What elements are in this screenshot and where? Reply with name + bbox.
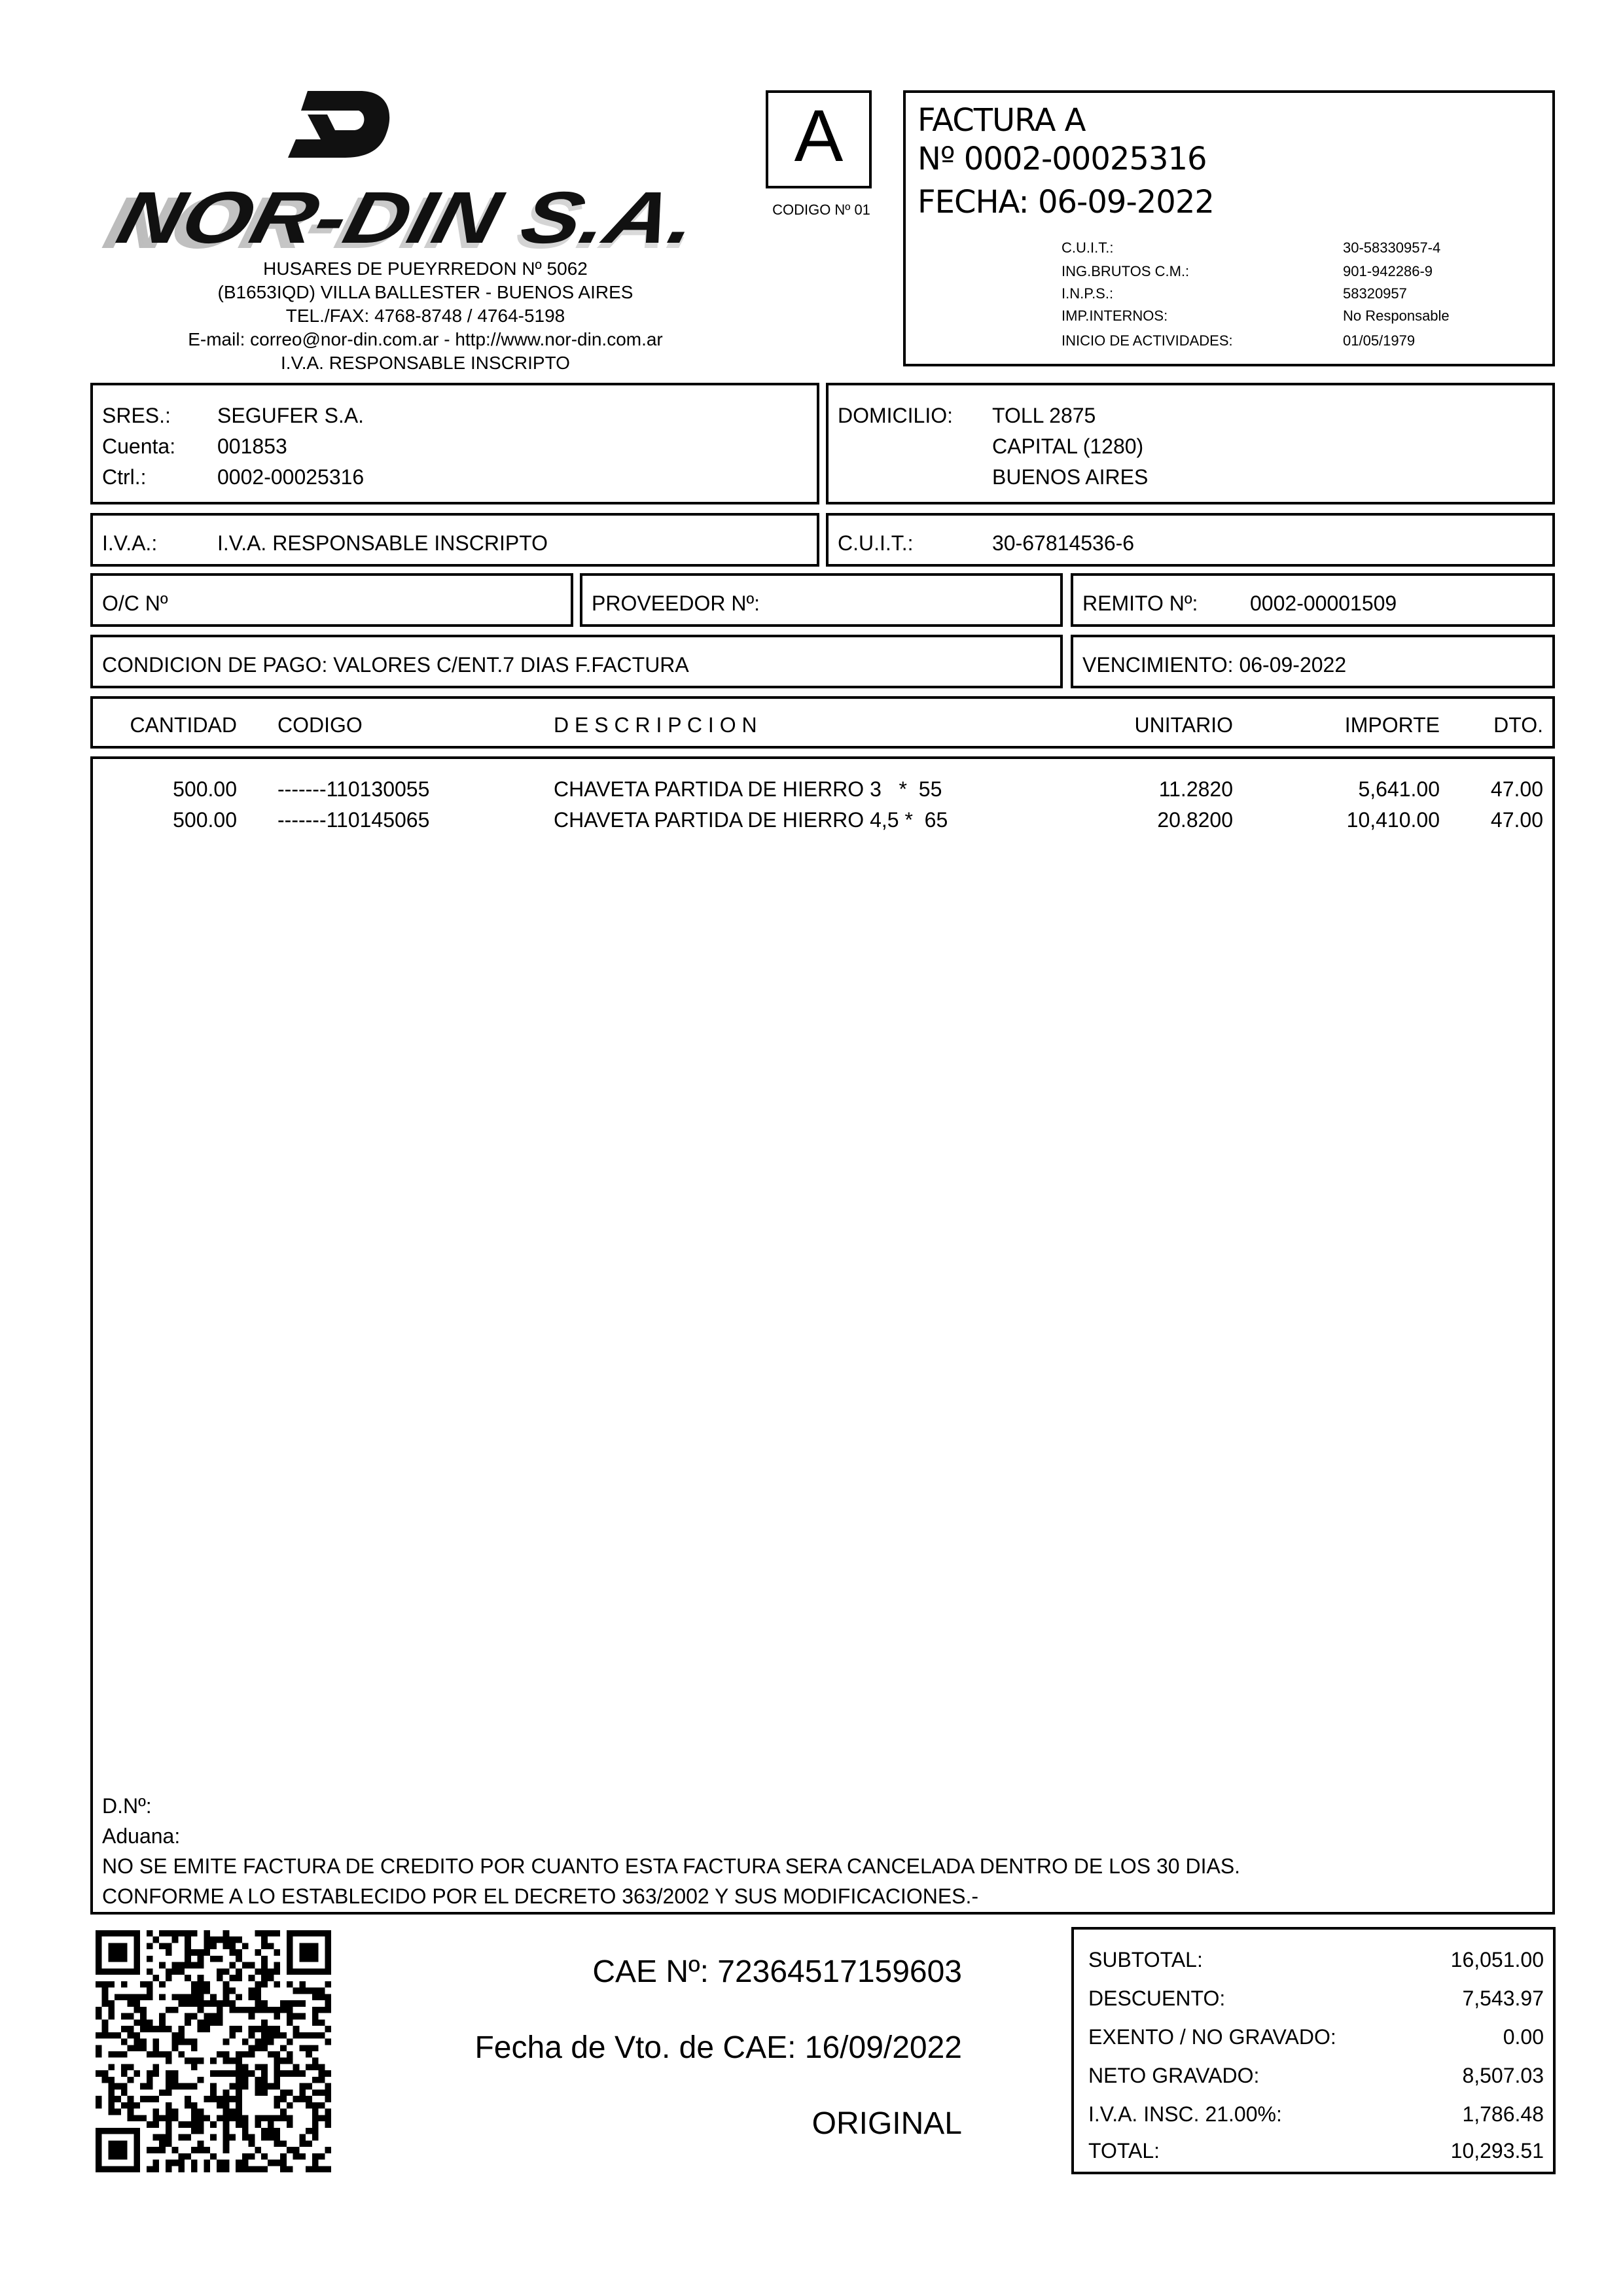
iva-value: I.V.A. RESPONSABLE INSCRIPTO	[217, 533, 548, 554]
dn-label: D.Nº:	[102, 1795, 152, 1816]
domicilio-line: BUENOS AIRES	[992, 467, 1148, 487]
proveedor-label: PROVEEDOR Nº:	[592, 593, 760, 614]
customer-box: SRES.: SEGUFER S.A. Cuenta: 001853 Ctrl.…	[90, 383, 819, 504]
address-line: HUSARES DE PUEYRREDON Nº 5062	[98, 257, 753, 281]
oc-label: O/C Nº	[102, 593, 168, 614]
subtotal-value: 16,051.00	[1451, 1949, 1544, 1970]
codigo-label: CODIGO Nº 01	[766, 203, 877, 217]
totals-box: SUBTOTAL: 16,051.00 DESCUENTO: 7,543.97 …	[1071, 1927, 1556, 2174]
cell-unitario: 11.2820	[1159, 779, 1233, 800]
condicion-pago: CONDICION DE PAGO: VALORES C/ENT.7 DIAS …	[102, 654, 689, 675]
invoice-letter: A	[768, 99, 869, 173]
cell-codigo: -------110130055	[277, 779, 429, 800]
vencimiento-box: VENCIMIENTO: 06-09-2022	[1071, 635, 1555, 688]
fiscal-label: ING.BRUTOS C.M.:	[1061, 264, 1189, 279]
fiscal-label: INICIO DE ACTIVIDADES:	[1061, 334, 1233, 348]
cell-cantidad: 500.00	[173, 779, 237, 800]
items-table-header: CANTIDAD CODIGO D E S C R I P C I O N UN…	[90, 696, 1555, 749]
domicilio-label: DOMICILIO:	[838, 405, 953, 426]
remito-box: REMITO Nº: 0002-00001509	[1071, 573, 1555, 627]
invoice-date: FECHA: 06-09-2022	[918, 186, 1214, 218]
cuit-value: 30-67814536-6	[992, 533, 1134, 554]
cuenta-value: 001853	[217, 436, 287, 457]
fiscal-value: 30-58330957-4	[1343, 241, 1440, 255]
descuento-value: 7,543.97	[1462, 1988, 1544, 2009]
fiscal-value: 901-942286-9	[1343, 264, 1433, 279]
legal-note-2: CONFORME A LO ESTABLECIDO POR EL DECRETO…	[102, 1886, 978, 1907]
total-label: TOTAL:	[1088, 2140, 1160, 2161]
fiscal-value: No Responsable	[1343, 309, 1450, 323]
invoice-number: Nº 0002-00025316	[918, 143, 1207, 175]
neto-gravado-value: 8,507.03	[1462, 2065, 1544, 2086]
cae-number: CAE Nº: 72364517159603	[592, 1956, 962, 1988]
column-header-importe: IMPORTE	[1345, 715, 1440, 735]
neto-gravado-label: NETO GRAVADO:	[1088, 2065, 1259, 2086]
cell-cantidad: 500.00	[173, 809, 237, 830]
iva-status-line: I.V.A. RESPONSABLE INSCRIPTO	[98, 351, 753, 375]
qr-code-icon	[95, 1930, 332, 2172]
address-line: (B1653IQD) VILLA BALLESTER - BUENOS AIRE…	[98, 281, 753, 304]
fiscal-value: 01/05/1979	[1343, 334, 1415, 348]
iva-box: I.V.A.: I.V.A. RESPONSABLE INSCRIPTO	[90, 513, 819, 567]
cell-codigo: -------110145065	[277, 809, 429, 830]
sres-label: SRES.:	[102, 405, 171, 426]
ctrl-label: Ctrl.:	[102, 467, 147, 487]
iva-amount-value: 1,786.48	[1462, 2104, 1544, 2125]
fiscal-value: 58320957	[1343, 287, 1407, 301]
total-value: 10,293.51	[1451, 2140, 1544, 2161]
invoice-title: FACTURA A	[918, 105, 1086, 136]
cell-importe: 5,641.00	[1358, 779, 1440, 800]
ctrl-value: 0002-00025316	[217, 467, 364, 487]
cuit-label: C.U.I.T.:	[838, 533, 914, 554]
oc-box: O/C Nº	[90, 573, 573, 627]
company-logo-icon	[281, 88, 396, 160]
exento-label: EXENTO / NO GRAVADO:	[1088, 2026, 1336, 2047]
company-address: HUSARES DE PUEYRREDON Nº 5062 (B1653IQD)…	[98, 257, 753, 375]
customer-cuit-box: C.U.I.T.: 30-67814536-6	[826, 513, 1555, 567]
column-header-unitario: UNITARIO	[1134, 715, 1233, 735]
proveedor-box: PROVEEDOR Nº:	[580, 573, 1063, 627]
domicilio-line: TOLL 2875	[992, 405, 1096, 426]
aduana-label: Aduana:	[102, 1826, 180, 1846]
cell-unitario: 20.8200	[1157, 809, 1233, 830]
cell-dto: 47.00	[1491, 779, 1543, 800]
address-line: TEL./FAX: 4768-8748 / 4764-5198	[98, 304, 753, 328]
items-table-body: 500.00 -------110130055 CHAVETA PARTIDA …	[90, 756, 1555, 1915]
subtotal-label: SUBTOTAL:	[1088, 1949, 1203, 1970]
column-header-codigo: CODIGO	[277, 715, 363, 735]
cell-importe: 10,410.00	[1347, 809, 1440, 830]
invoice-header-box: FACTURA A Nº 0002-00025316 FECHA: 06-09-…	[903, 90, 1555, 366]
iva-amount-label: I.V.A. INSC. 21.00%:	[1088, 2104, 1282, 2125]
iva-label: I.V.A.:	[102, 533, 157, 554]
cae-expiry: Fecha de Vto. de CAE: 16/09/2022	[474, 2032, 962, 2064]
vencimiento: VENCIMIENTO: 06-09-2022	[1082, 654, 1346, 675]
domicilio-line: CAPITAL (1280)	[992, 436, 1143, 457]
column-header-cantidad: CANTIDAD	[130, 715, 237, 735]
svg-text:NOR-DIN S.A.: NOR-DIN S.A.	[109, 186, 705, 252]
contact-line: E-mail: correo@nor-din.com.ar - http://w…	[98, 328, 753, 351]
column-header-descripcion: D E S C R I P C I O N	[554, 715, 757, 735]
column-header-dto: DTO.	[1493, 715, 1543, 735]
remito-label: REMITO Nº:	[1082, 593, 1198, 614]
fiscal-label: C.U.I.T.:	[1061, 241, 1113, 255]
cell-descripcion: CHAVETA PARTIDA DE HIERRO 3 * 55	[554, 779, 942, 800]
customer-name: SEGUFER S.A.	[217, 405, 364, 426]
exento-value: 0.00	[1503, 2026, 1544, 2047]
invoice-letter-box: A	[766, 90, 872, 188]
cuenta-label: Cuenta:	[102, 436, 175, 457]
copy-type: ORIGINAL	[812, 2108, 962, 2140]
cell-descripcion: CHAVETA PARTIDA DE HIERRO 4,5 * 65	[554, 809, 948, 830]
legal-note-1: NO SE EMITE FACTURA DE CREDITO POR CUANT…	[102, 1856, 1240, 1877]
cell-dto: 47.00	[1491, 809, 1543, 830]
company-wordmark-icon: NOR-DIN S.A. NOR-DIN S.A.	[88, 186, 743, 252]
remito-value: 0002-00001509	[1250, 593, 1397, 614]
address-box: DOMICILIO: TOLL 2875 CAPITAL (1280) BUEN…	[826, 383, 1555, 504]
fiscal-label: IMP.INTERNOS:	[1061, 309, 1168, 323]
descuento-label: DESCUENTO:	[1088, 1988, 1225, 2009]
condicion-pago-box: CONDICION DE PAGO: VALORES C/ENT.7 DIAS …	[90, 635, 1063, 688]
fiscal-label: I.N.P.S.:	[1061, 287, 1113, 301]
